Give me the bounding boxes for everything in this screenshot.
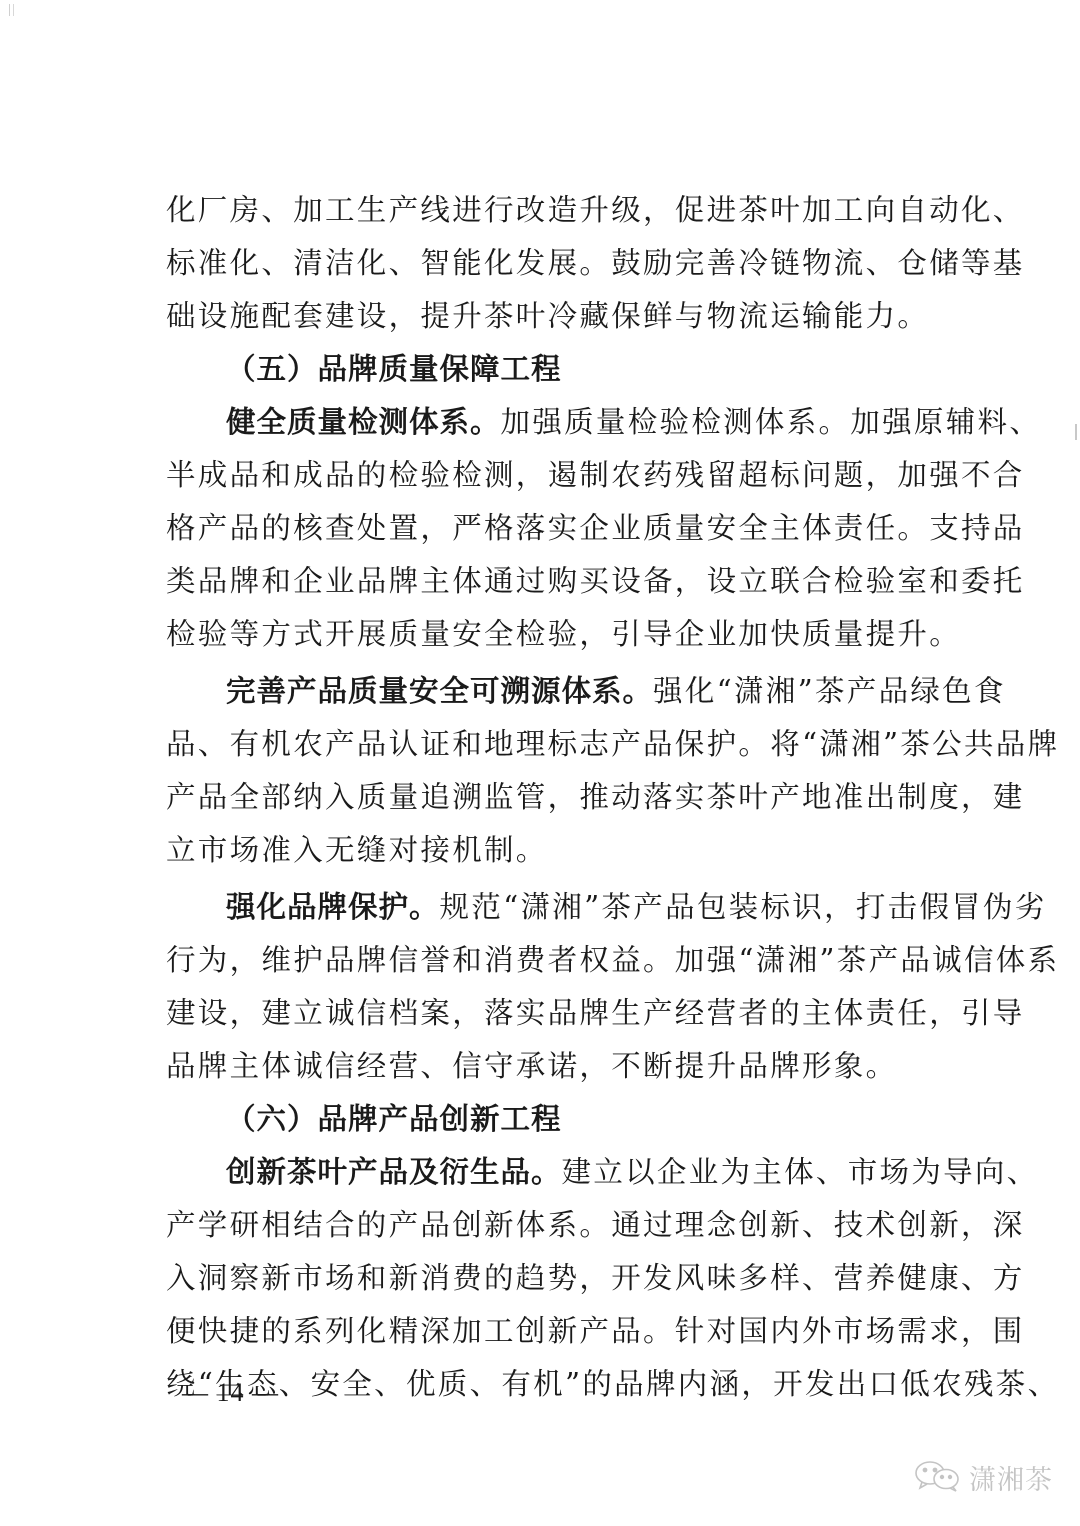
text-line: 创新茶叶产品及衍生品。建立以企业为主体、市场为导向、 — [166, 1146, 962, 1199]
paragraph-traceability: 完善产品质量安全可溯源体系。强化“潇湘”茶产品绿色食 品、有机农产品认证和地理标… — [166, 665, 962, 877]
text-line: 便快捷的系列化精深加工创新产品。针对国内外市场需求，围 — [166, 1305, 962, 1358]
text-line: 检验等方式开展质量安全检验，引导企业加快质量提升。 — [166, 608, 962, 661]
section-heading-5: （五）品牌质量保障工程 — [166, 343, 962, 396]
watermark-text: 潇湘茶 — [969, 1458, 1053, 1497]
text-line: 行为，维护品牌信誉和消费者权益。加强“潇湘”茶产品诚信体系 — [166, 934, 962, 987]
text-line: 绕“生态、安全、优质、有机”的品牌内涵，开发出口低农残茶、 — [166, 1358, 962, 1411]
text-line: 强化品牌保护。规范“潇湘”茶产品包装标识，打击假冒伪劣 — [166, 881, 962, 934]
text-line: 品牌主体诚信经营、信守承诺，不断提升品牌形象。 — [166, 1040, 962, 1093]
paragraph-brand-protection: 强化品牌保护。规范“潇湘”茶产品包装标识，打击假冒伪劣 行为，维护品牌信誉和消费… — [166, 881, 962, 1093]
paragraph-text: 强化“潇湘”茶产品绿色食 — [653, 674, 1006, 708]
section-heading-6: （六）品牌产品创新工程 — [166, 1093, 962, 1146]
text-line: 品、有机农产品认证和地理标志产品保护。将“潇湘”茶公共品牌 — [166, 718, 962, 771]
text-line: 化厂房、加工生产线进行改造升级，促进茶叶加工向自动化、 — [166, 184, 962, 237]
text-line: 产学研相结合的产品创新体系。通过理念创新、技术创新，深 — [166, 1199, 962, 1252]
text-line: 础设施配套建设，提升茶叶冷藏保鲜与物流运输能力。 — [166, 290, 962, 343]
text-line: 格产品的核查处置，严格落实企业质量安全主体责任。支持品 — [166, 502, 962, 555]
paragraph-lead: 健全质量检测体系。 — [226, 405, 501, 439]
paragraph-continuation: 化厂房、加工生产线进行改造升级，促进茶叶加工向自动化、 标准化、清洁化、智能化发… — [166, 184, 962, 343]
watermark: 潇湘茶 — [913, 1458, 1053, 1497]
text-line: 完善产品质量安全可溯源体系。强化“潇湘”茶产品绿色食 — [166, 665, 962, 718]
paragraph-text: 规范“潇湘”茶产品包装标识，打击假冒伪劣 — [440, 890, 1047, 924]
page-number: — 14 — — [182, 1378, 279, 1408]
paragraph-lead: 强化品牌保护。 — [226, 890, 440, 924]
text-line: 产品全部纳入质量追溯监管，推动落实茶叶产地准出制度，建 — [166, 771, 962, 824]
scan-artifact-right — [1075, 424, 1077, 440]
text-line: 类品牌和企业品牌主体通过购买设备，设立联合检验室和委托 — [166, 555, 962, 608]
text-line: 入洞察新市场和新消费的趋势，开发风味多样、营养健康、方 — [166, 1252, 962, 1305]
text-line: 健全质量检测体系。加强质量检验检测体系。加强原辅料、 — [166, 396, 962, 449]
text-line: 建设，建立诚信档案，落实品牌生产经营者的主体责任，引导 — [166, 987, 962, 1040]
paragraph-product-innovation: 创新茶叶产品及衍生品。建立以企业为主体、市场为导向、 产学研相结合的产品创新体系… — [166, 1146, 962, 1411]
scan-artifact-top — [9, 4, 14, 16]
text-line: 半成品和成品的检验检测，遏制农药残留超标问题，加强不合 — [166, 449, 962, 502]
text-line: 标准化、清洁化、智能化发展。鼓励完善冷链物流、仓储等基 — [166, 237, 962, 290]
paragraph-quality-testing: 健全质量检测体系。加强质量检验检测体系。加强原辅料、 半成品和成品的检验检测，遏… — [166, 396, 962, 661]
paragraph-lead: 创新茶叶产品及衍生品。 — [226, 1155, 562, 1189]
document-page: 化厂房、加工生产线进行改造升级，促进茶叶加工向自动化、 标准化、清洁化、智能化发… — [166, 184, 962, 1411]
wechat-icon — [913, 1460, 961, 1496]
paragraph-lead: 完善产品质量安全可溯源体系。 — [226, 674, 653, 708]
text-line: 立市场准入无缝对接机制。 — [166, 824, 962, 877]
paragraph-text: 建立以企业为主体、市场为导向、 — [562, 1155, 1039, 1189]
paragraph-text: 加强质量检验检测体系。加强原辅料、 — [501, 405, 1042, 439]
